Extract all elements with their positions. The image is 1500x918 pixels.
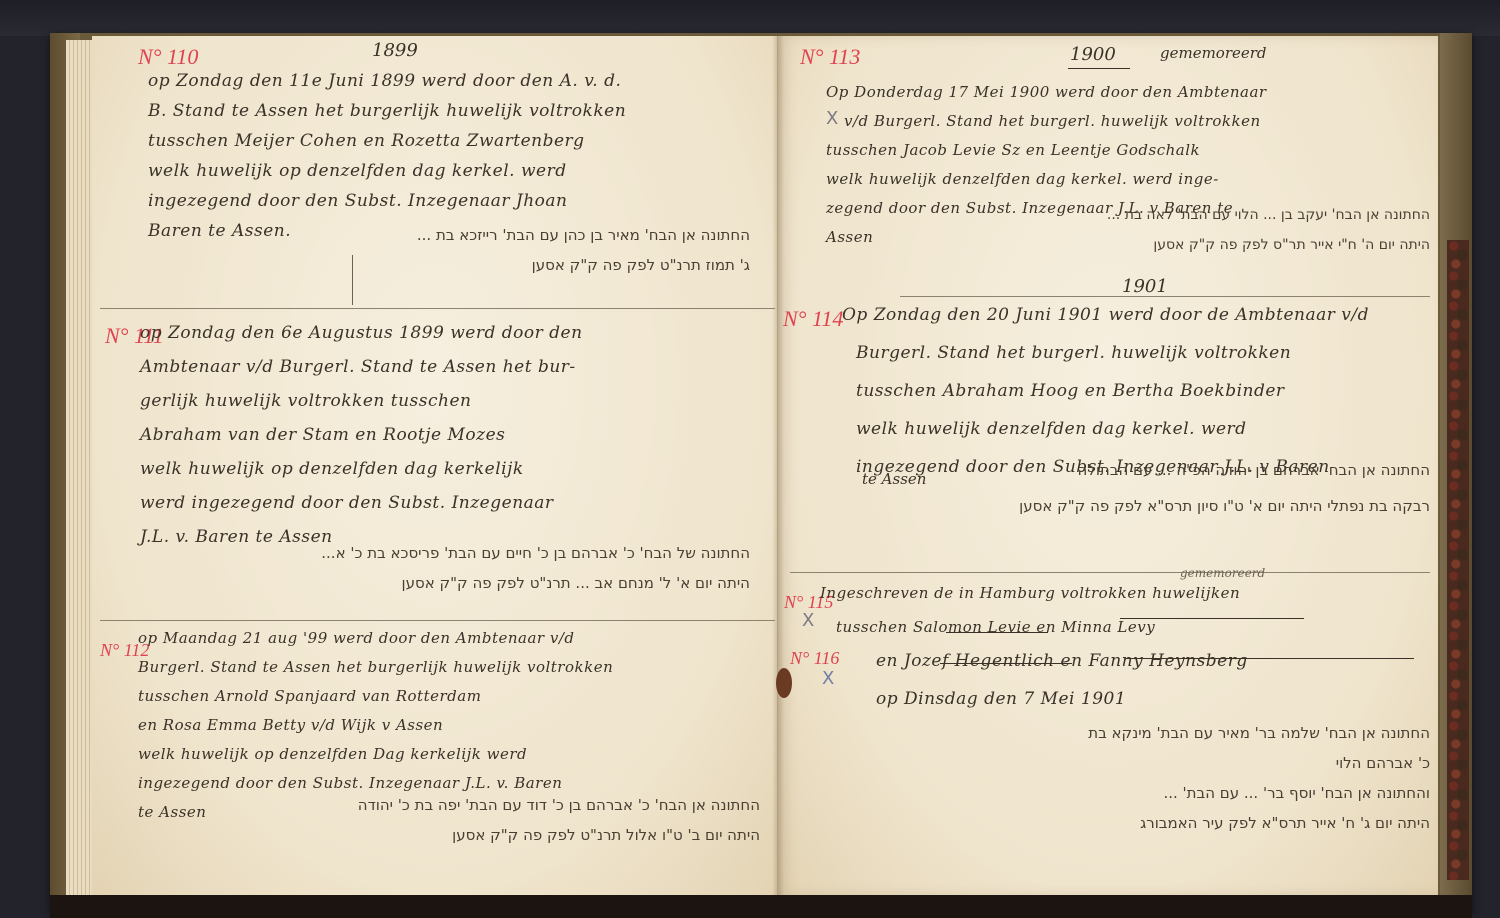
entry-divider	[100, 308, 775, 309]
entry-line: welk huwelijk denzelfden dag kerkel. wer…	[842, 410, 1369, 448]
hebrew-line: היתה יום ג' ח' אייר תרס"א לפק עיר האמבור…	[820, 808, 1430, 838]
entry-divider	[790, 572, 1430, 573]
entry-number-113: N° 113	[800, 44, 860, 70]
name-underline	[1120, 618, 1304, 619]
entry-114-hebrew-text: החתונה אן הבח' אברהם בן יהודה הכ"ה ... ע…	[800, 452, 1430, 524]
entry-line: Burgerl. Stand het burgerl. huwelijk vol…	[842, 334, 1369, 372]
entry-line: ingezegend door den Subst. Inzegenaar Jh…	[148, 186, 626, 216]
marbled-cover-pattern	[1447, 240, 1469, 880]
entry-line: Ingeschreven de in Hamburg voltrokken hu…	[820, 576, 1240, 610]
entry-line: tusschen Salomon Levie en Minna Levy	[820, 610, 1240, 644]
year-heading-1899: 1899	[372, 40, 418, 61]
hebrew-line: החתונה אן הבח' כ' אברהם בן כ' דוד עם הבת…	[110, 790, 760, 820]
hebrew-line: רבקה בת נפתלי היתה יום א' ט"ו סיון תרס"א…	[800, 488, 1430, 524]
entry-line: Burgerl. Stand te Assen het burgerlijk h…	[138, 653, 613, 682]
entry-line: welk huwelijk op denzelfden Dag kerkelij…	[138, 740, 613, 769]
hebrew-line: החתונה של הבח' כ' אברהם בן כ' חיים עם הב…	[150, 538, 750, 568]
name-underline	[940, 663, 1072, 664]
cross-mark-icon: X	[802, 610, 814, 631]
entry-112-hebrew-text: החתונה אן הבח' כ' אברהם בן כ' דוד עם הבת…	[110, 790, 760, 850]
cross-mark-icon: X	[822, 668, 834, 689]
year-heading-1900: 1900	[1070, 44, 1116, 65]
entry-divider	[100, 620, 775, 621]
entry-number-114: N° 114	[783, 306, 843, 332]
hebrew-line: החתונה אן הבח' יעקב בן ... הלוי עם הבת' …	[920, 200, 1430, 230]
entry-line: Op Zondag den 20 Juni 1901 werd door de …	[842, 296, 1369, 334]
entry-line: op Zondag den 6e Augustus 1899 werd door…	[140, 316, 583, 350]
hebrew-line: החתונה אן הבח' שלמה בר' מאיר עם הבת' מינ…	[820, 718, 1430, 748]
hebrew-line: החתונה אן הבח' מאיר בן כהן עם הבת' רייזכ…	[150, 220, 750, 250]
entry-line: welk huwelijk op denzelfden dag kerkel. …	[148, 156, 626, 186]
hebrew-line: כ' אברהם הלוי	[820, 748, 1430, 778]
entry-line: tusschen Arnold Spanjaard van Rotterdam	[138, 682, 613, 711]
entry-113-hebrew-text: החתונה אן הבח' יעקב בן ... הלוי עם הבת' …	[920, 200, 1430, 260]
entry-110-dutch-text: op Zondag den 11e Juni 1899 werd door de…	[148, 66, 626, 246]
entry-line: v/d Burgerl. Stand het burgerl. huwelijk…	[826, 107, 1267, 136]
entry-line: Abraham van der Stam en Rootje Mozes	[140, 418, 583, 452]
entry-line: Op Donderdag 17 Mei 1900 werd door den A…	[826, 78, 1267, 107]
entry-111-hebrew-text: החתונה של הבח' כ' אברהם בן כ' חיים עם הב…	[150, 538, 750, 598]
hebrew-line: היתה יום ה' ח"י אייר תר"ס לפק פה ק"ק אסע…	[920, 230, 1430, 260]
year-underline	[1068, 68, 1130, 69]
entry-113-annotation: gememoreerd	[1160, 44, 1267, 62]
photo-backdrop	[0, 0, 1500, 36]
entry-number-116: N° 116	[790, 648, 839, 669]
hebrew-line: היתה יום א' ל' מנחם אב ... תרנ"ט לפק פה …	[150, 568, 750, 598]
entry-line: op Maandag 21 aug '99 werd door den Ambt…	[138, 624, 613, 653]
entry-111-dutch-text: op Zondag den 6e Augustus 1899 werd door…	[140, 316, 583, 554]
name-underline	[1126, 658, 1414, 659]
hebrew-line: החתונה אן הבח' אברהם בן יהודה הכ"ה ... ע…	[800, 452, 1430, 488]
entry-110-hebrew-text: החתונה אן הבח' מאיר בן כהן עם הבת' רייזכ…	[150, 220, 750, 280]
entry-line: op Dinsdag den 7 Mei 1901	[876, 680, 1248, 718]
hebrew-line: ג' תמוז תרנ"ט לפק פה ק"ק אסען	[150, 250, 750, 280]
entry-line: B. Stand te Assen het burgerlijk huwelij…	[148, 96, 626, 126]
entry-line: tusschen Meijer Cohen en Rozetta Zwarten…	[148, 126, 626, 156]
book-gutter	[772, 36, 784, 896]
entry-line: en Rosa Emma Betty v/d Wijk v Assen	[138, 711, 613, 740]
entry-116-dutch-text: en Jozef Hegentlich en Fanny Heynsberg o…	[876, 642, 1248, 718]
entry-line: Ambtenaar v/d Burgerl. Stand te Assen he…	[140, 350, 583, 384]
entry-line: gerlijk huwelijk voltrokken tusschen	[140, 384, 583, 418]
entry-line: werd ingezegend door den Subst. Inzegena…	[140, 486, 583, 520]
entry-line: welk huwelijk denzelfden dag kerkel. wer…	[826, 165, 1267, 194]
entry-line: en Jozef Hegentlich en Fanny Heynsberg	[876, 642, 1248, 680]
entry-line: op Zondag den 11e Juni 1899 werd door de…	[148, 66, 626, 96]
entry-line: welk huwelijk op denzelfden dag kerkelij…	[140, 452, 583, 486]
book-bottom-edge	[50, 895, 1472, 918]
hebrew-line: היתה יום ב' ט"ו אלול תרנ"ט לפק פה ק"ק אס…	[110, 820, 760, 850]
ink-blot	[776, 668, 792, 698]
entry-line: tusschen Abraham Hoog en Bertha Boekbind…	[842, 372, 1369, 410]
entry-line: tusschen Jacob Levie Sz en Leentje Godsc…	[826, 136, 1267, 165]
entry-116-hebrew-text: החתונה אן הבח' שלמה בר' מאיר עם הבת' מינ…	[820, 718, 1430, 838]
entry-115-dutch-text: Ingeschreven de in Hamburg voltrokken hu…	[820, 576, 1240, 644]
name-underline	[946, 632, 1048, 633]
hebrew-line: והחתונה אן הבח' יוסף בר' ... עם הבת' ...	[820, 778, 1430, 808]
signature-stroke	[352, 255, 353, 305]
year-heading-1901: 1901	[1122, 276, 1168, 297]
